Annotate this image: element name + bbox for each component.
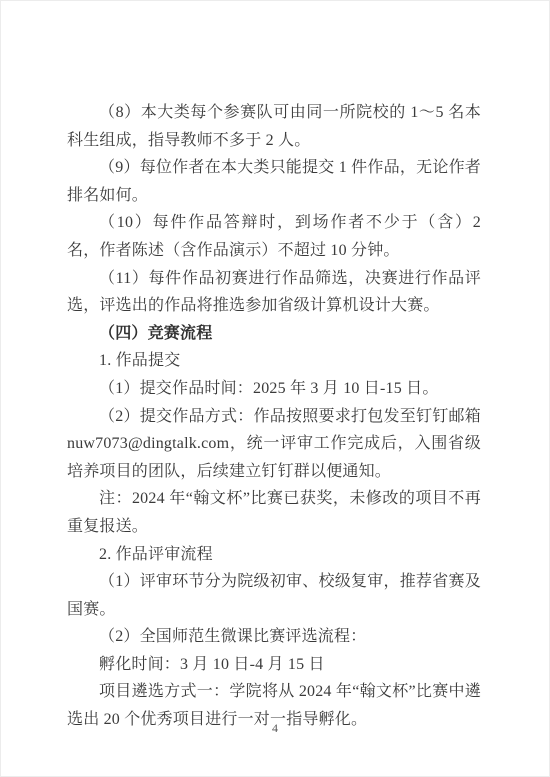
- paragraph-item-11: （11）每件作品初赛进行作品筛选，决赛进行作品评选，评选出的作品将推选参加省级计…: [67, 265, 481, 320]
- paragraph-submission-time: （1）提交作品时间：2025 年 3 月 10 日-15 日。: [67, 375, 481, 403]
- paragraph-submission-method: （2）提交作品方式：作品按照要求打包发至钉钉邮箱 nuw7073@dingtal…: [67, 403, 481, 486]
- section-heading-competition-process: （四）竞赛流程: [67, 320, 481, 348]
- paragraph-note: 注：2024 年“翰文杯”比赛已获奖，未修改的项目不再重复报送。: [67, 485, 481, 540]
- paragraph-item-8: （8）本大类每个参赛队可由同一所院校的 1～5 名本科生组成，指导教师不多于 2…: [67, 99, 481, 154]
- paragraph-review-stages: （1）评审环节分为院级初审、校级复审，推荐省赛及国赛。: [67, 568, 481, 623]
- document-body: （8）本大类每个参赛队可由同一所院校的 1～5 名本科生组成，指导教师不多于 2…: [67, 99, 481, 734]
- paragraph-incubation-time: 孵化时间：3 月 10 日-4 月 15 日: [67, 651, 481, 679]
- paragraph-item-10: （10）每件作品答辩时，到场作者不少于（含）2 名，作者陈述（含作品演示）不超过…: [67, 209, 481, 264]
- paragraph-item-9: （9）每位作者在本大类只能提交 1 件作品，无论作者排名如何。: [67, 154, 481, 209]
- page-number: 4: [1, 721, 549, 736]
- paragraph-submission-title: 1. 作品提交: [67, 347, 481, 375]
- paragraph-microcourse-flow: （2）全国师范生微课比赛评选流程：: [67, 623, 481, 651]
- document-page: （8）本大类每个参赛队可由同一所院校的 1～5 名本科生组成，指导教师不多于 2…: [0, 0, 550, 777]
- paragraph-review-title: 2. 作品评审流程: [67, 541, 481, 569]
